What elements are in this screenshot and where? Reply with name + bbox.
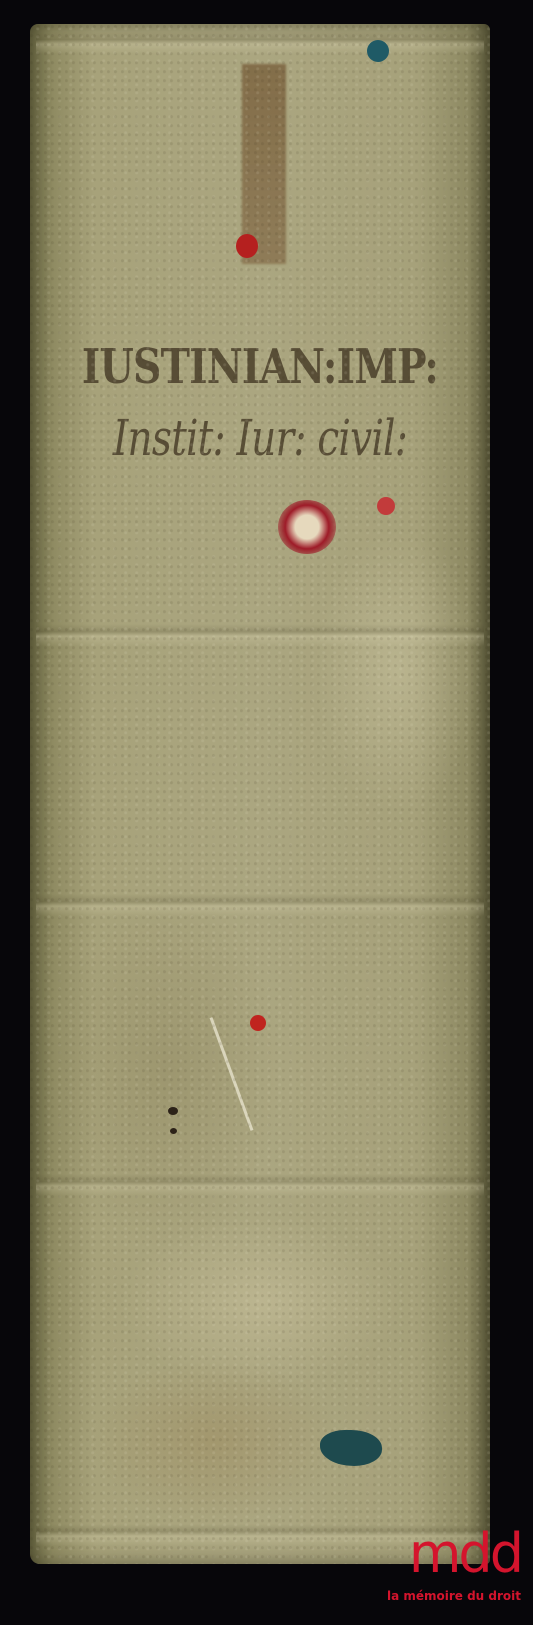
blue-ink-stain [367,40,389,62]
red-wax-stain [278,500,336,554]
spine-title-author: IUSTINIAN:IMP: [71,339,448,395]
scratch-mark [210,1017,254,1131]
red-wax-dot [250,1015,266,1031]
red-wax-dot [236,234,258,258]
ink-spot [168,1107,178,1115]
headcap-band [36,32,484,54]
raised-band [36,1174,484,1196]
book-spine: IUSTINIAN:IMP: Instit: Iur: civil: [30,24,490,1564]
raised-band [36,894,484,916]
logo-mark: mdd [387,1529,521,1579]
spine-title-work: Instit: Iur: civil: [81,409,440,467]
logo-tagline: la mémoire du droit [387,1589,521,1603]
ink-spot [170,1128,177,1134]
red-wax-dot [377,497,395,515]
raised-band [36,624,484,646]
watermark-logo: mdd la mémoire du droit [387,1529,521,1603]
